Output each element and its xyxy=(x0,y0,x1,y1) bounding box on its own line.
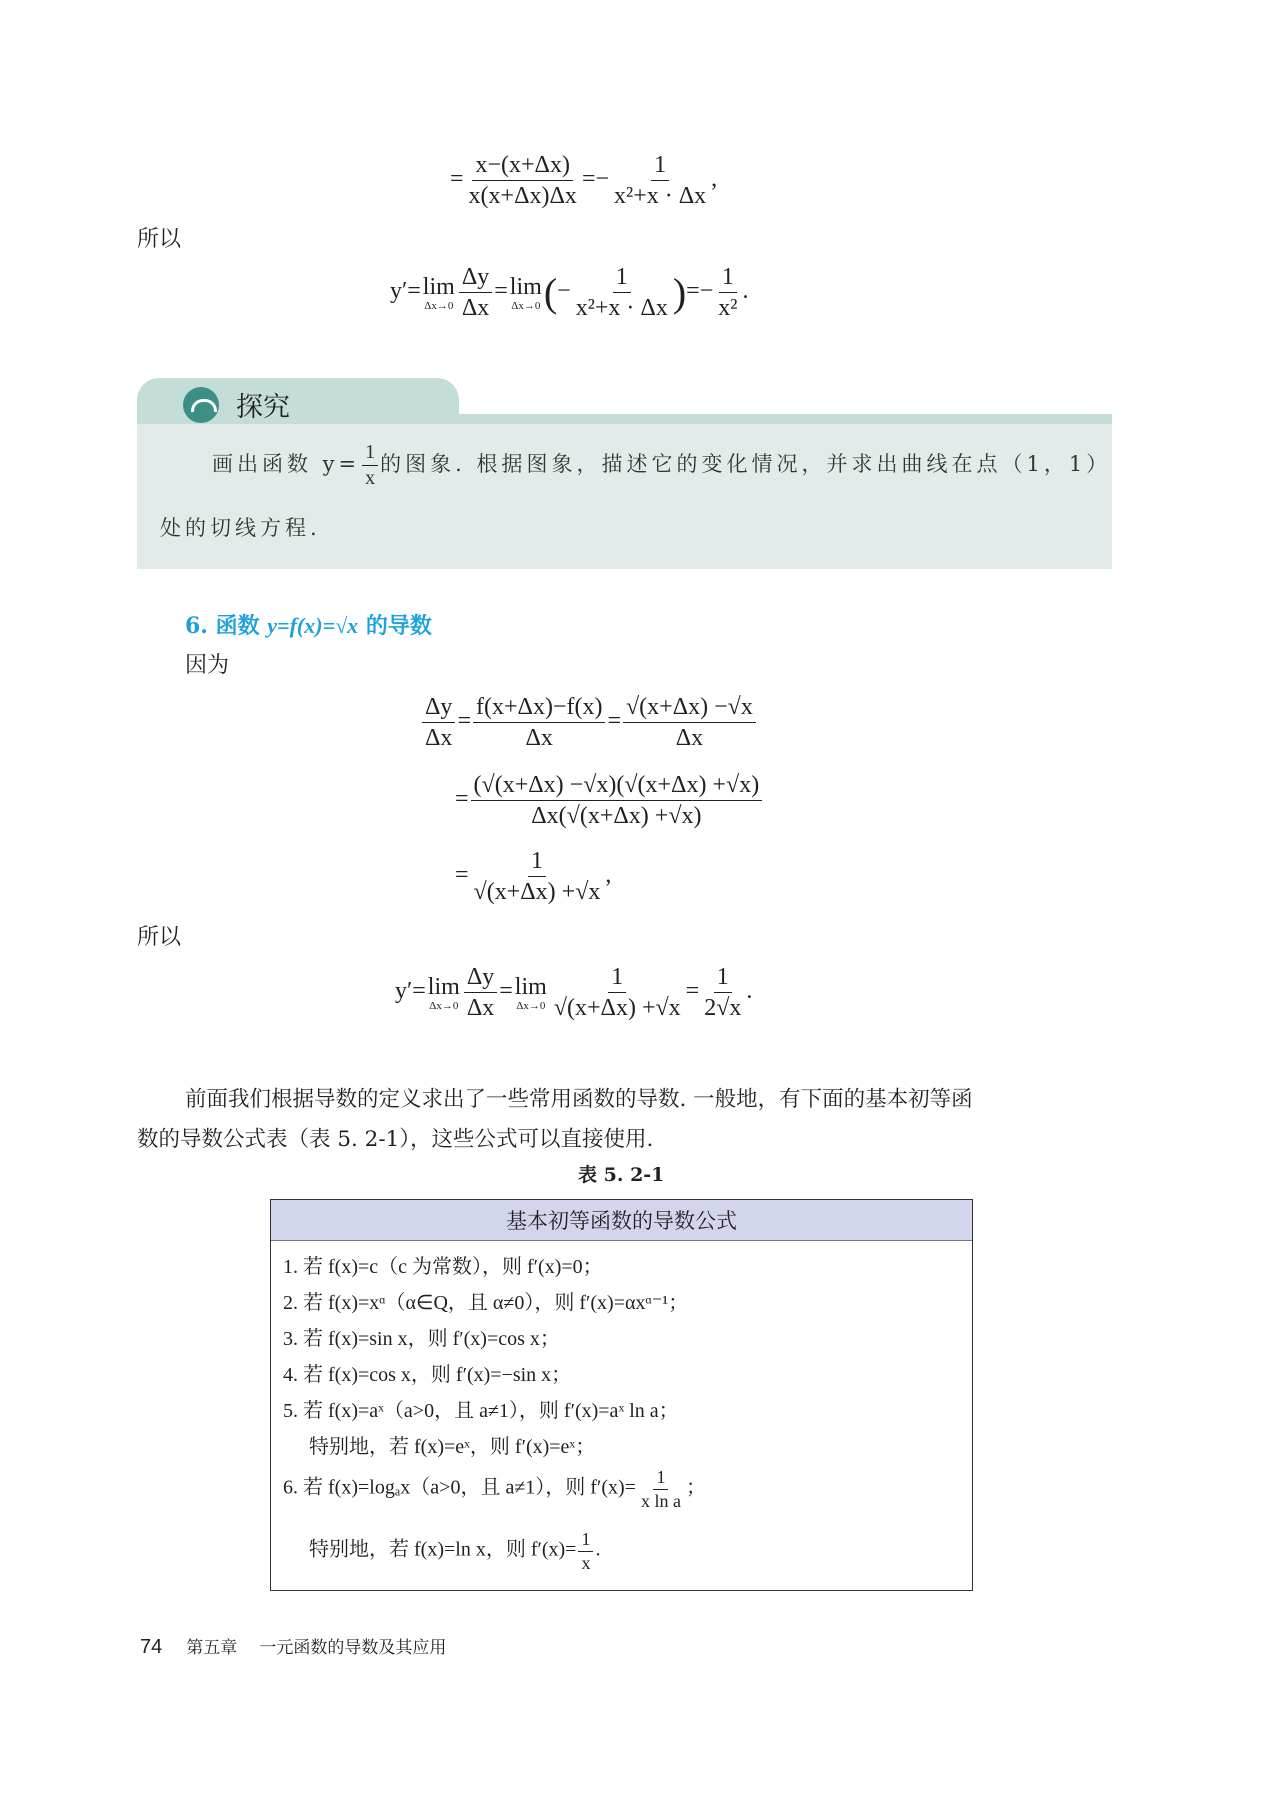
derivative-formula-table: 基本初等函数的导数公式 1. 若 f(x)=c（c 为常数），则 f′(x)=0… xyxy=(270,1199,973,1591)
page-footer: 74 第五章 一元函数的导数及其应用 xyxy=(140,1633,446,1659)
limit: limΔx→0 xyxy=(423,274,455,312)
therefore-label: 所以 xyxy=(137,222,181,253)
fraction: x−(x+Δx)x(x+Δx)Δx xyxy=(466,150,580,211)
table-caption: 表 5. 2-1 xyxy=(578,1160,664,1187)
chapter-label: 第五章 xyxy=(186,1638,237,1658)
table-row: 1. 若 f(x)=c（c 为常数），则 f′(x)=0； xyxy=(283,1250,603,1279)
intro-line1: 前面我们根据导数的定义求出了一些常用函数的导数. 一般地，有下面的基本初等函 xyxy=(185,1082,973,1113)
explore-icon xyxy=(183,387,219,423)
table-row: 特别地，若 f(x)=ln x，则 f′(x)=1x. xyxy=(309,1528,600,1574)
explore-text-line1: 画出函数 y=1x的图象. 根据图象，描述它的变化情况，并求出曲线在点（1，1） xyxy=(212,440,1111,491)
explore-text-line2: 处的切线方程. xyxy=(160,512,321,542)
table-row: 2. 若 f(x)=xᵅ（α∈Q，且 α≠0），则 f′(x)=αxᵅ⁻¹； xyxy=(283,1286,688,1315)
table-row: 6. 若 f(x)=logₐx（a>0，且 a≠1），则 f′(x)=1x ln… xyxy=(283,1466,706,1512)
derivation-result-line: y′=limΔx→0ΔyΔx=limΔx→0(−1x²+x · Δx)=−1x²… xyxy=(390,262,748,323)
sqrt-eq2: =(√(x+Δx) −√x)(√(x+Δx) +√x)Δx(√(x+Δx) +√… xyxy=(455,770,764,831)
sqrt-result: y′=limΔx→0ΔyΔx=limΔx→01√(x+Δx) +√x=12√x. xyxy=(395,962,752,1023)
sqrt-eq1: ΔyΔx=f(x+Δx)−f(x)Δx=√(x+Δx) −√xΔx xyxy=(420,692,758,753)
derivation-step-line: =x−(x+Δx)x(x+Δx)Δx=−1x²+x · Δx, xyxy=(450,150,717,211)
explore-title: 探究 xyxy=(236,385,290,424)
fraction: 1x²+x · Δx xyxy=(611,150,709,211)
page-number: 74 xyxy=(140,1636,162,1658)
table-row: 3. 若 f(x)=sin x，则 f′(x)=cos x； xyxy=(283,1322,560,1351)
table-header: 基本初等函数的导数公式 xyxy=(271,1200,972,1241)
table-row: 特别地，若 f(x)=eˣ，则 f′(x)=eˣ； xyxy=(309,1430,595,1459)
chapter-title: 一元函数的导数及其应用 xyxy=(259,1638,446,1658)
intro-line2: 数的导数公式表（表 5. 2-1），这些公式可以直接使用. xyxy=(137,1122,653,1153)
table-row: 4. 若 f(x)=cos x，则 f′(x)=−sin x； xyxy=(283,1358,571,1387)
therefore-label-2: 所以 xyxy=(137,920,181,951)
sqrt-eq3: =1√(x+Δx) +√x, xyxy=(455,846,611,907)
section-title: 6. 函数 y=f(x)=√x 的导数 xyxy=(185,609,432,640)
because-label: 因为 xyxy=(185,648,229,679)
table-row: 5. 若 f(x)=aˣ（a>0，且 a≠1），则 f′(x)=aˣ ln a； xyxy=(283,1394,679,1423)
